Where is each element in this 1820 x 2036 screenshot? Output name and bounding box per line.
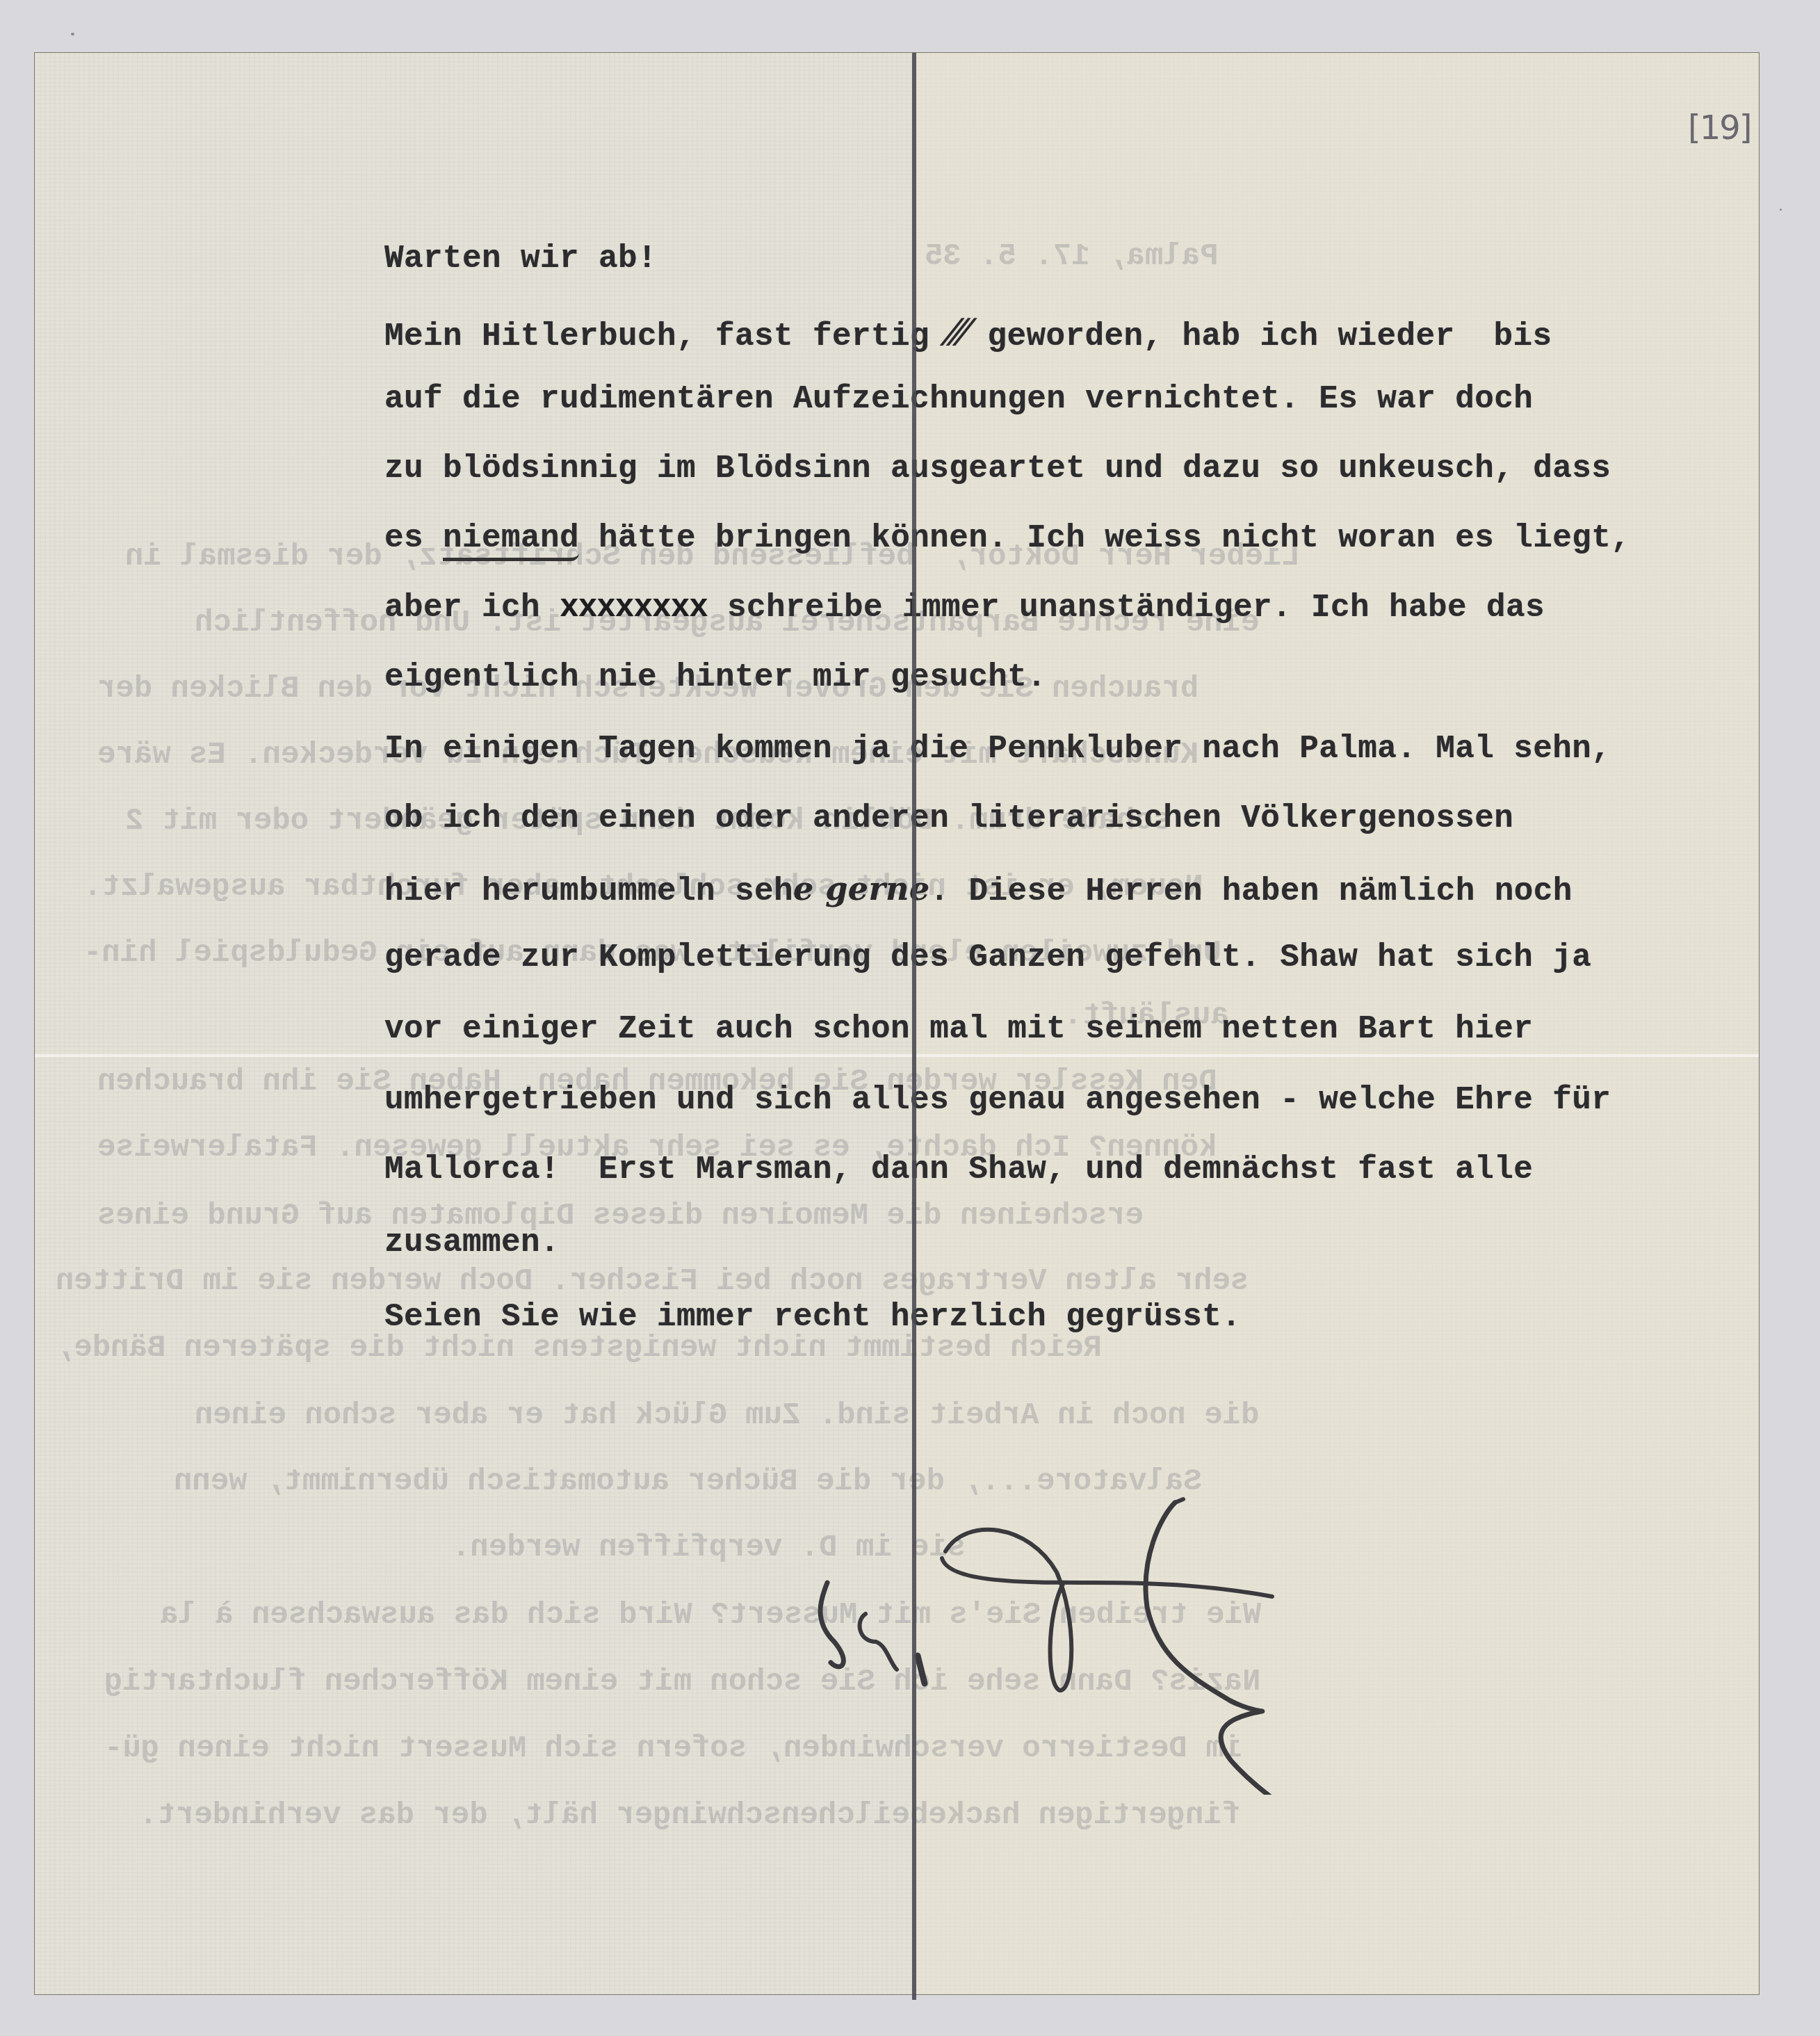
typed-strikeout: xxxxxxxx	[560, 590, 708, 626]
handwritten-strikeout: ⁄⁄⁄	[949, 312, 968, 354]
letter-line: auf die rudimentären Aufzeichnungen vern…	[384, 381, 1533, 417]
ghost-line: fingertigen hackebeilchenschwinger hält,…	[139, 1798, 1240, 1833]
letter-line: vor einiger Zeit auch schon mal mit sein…	[384, 1011, 1533, 1047]
letter-line: gerade zur Komplettierung des Ganzen gef…	[384, 939, 1591, 976]
dust-speck	[1780, 209, 1782, 211]
archive-page-number: [19]	[1688, 108, 1751, 147]
ghost-line: sehr alten Vertrages noch bei Fischer. D…	[56, 1264, 1249, 1299]
letter-line: Warten wir ab!	[384, 241, 657, 277]
letter-line: eigentlich nie hinter mir gesucht.	[384, 659, 1046, 695]
letter-line: Mallorca! Erst Marsman, dann Shaw, und d…	[384, 1152, 1533, 1188]
letter-page: [19] Palma, 17. 5. 35 Lieber Herr Doktor…	[35, 53, 1759, 1994]
underlined-word: niemand	[443, 520, 579, 561]
letter-line: umhergetrieben und sich alles genau ange…	[384, 1082, 1611, 1118]
letter-line: In einigen Tagen kommen ja die Pennklube…	[384, 731, 1611, 767]
vertical-fold-line	[912, 53, 916, 2000]
letter-line: es niemand hätte bringen können. Ich wei…	[384, 520, 1630, 556]
signature-icon	[799, 1433, 1356, 1795]
letter-line: ob ich den einen oder anderen literarisc…	[384, 800, 1513, 837]
letter-line: zu blödsinnig im Blödsinn ausgeartet und…	[384, 451, 1611, 487]
letter-line: Mein Hitlerbuch, fast fertig ⁄⁄⁄ geworde…	[384, 312, 1552, 355]
handwritten-correction: e gerne	[793, 870, 929, 907]
letter-line: Seien Sie wie immer recht herzlich gegrü…	[384, 1299, 1241, 1335]
letter-line: zusammen.	[384, 1225, 560, 1261]
letter-line: hier herumbummeln sehe gerne. Diese Herr…	[384, 870, 1573, 910]
ghost-line: die noch in Arbeit sind. Zum Glück hat e…	[195, 1398, 1259, 1433]
ghost-line: Palma, 17. 5. 35	[925, 239, 1218, 274]
ghost-line: Reich bestimmt nicht wenigstens nicht di…	[56, 1331, 1102, 1366]
ghost-line: erscheinen die Memoiren dieses Diplomate…	[97, 1199, 1144, 1234]
handwritten-signature	[799, 1433, 1356, 1798]
dust-speck	[71, 33, 74, 35]
letter-line: aber ich xxxxxxxx schreibe immer unanstä…	[384, 590, 1545, 626]
horizontal-fold	[35, 1054, 1759, 1057]
